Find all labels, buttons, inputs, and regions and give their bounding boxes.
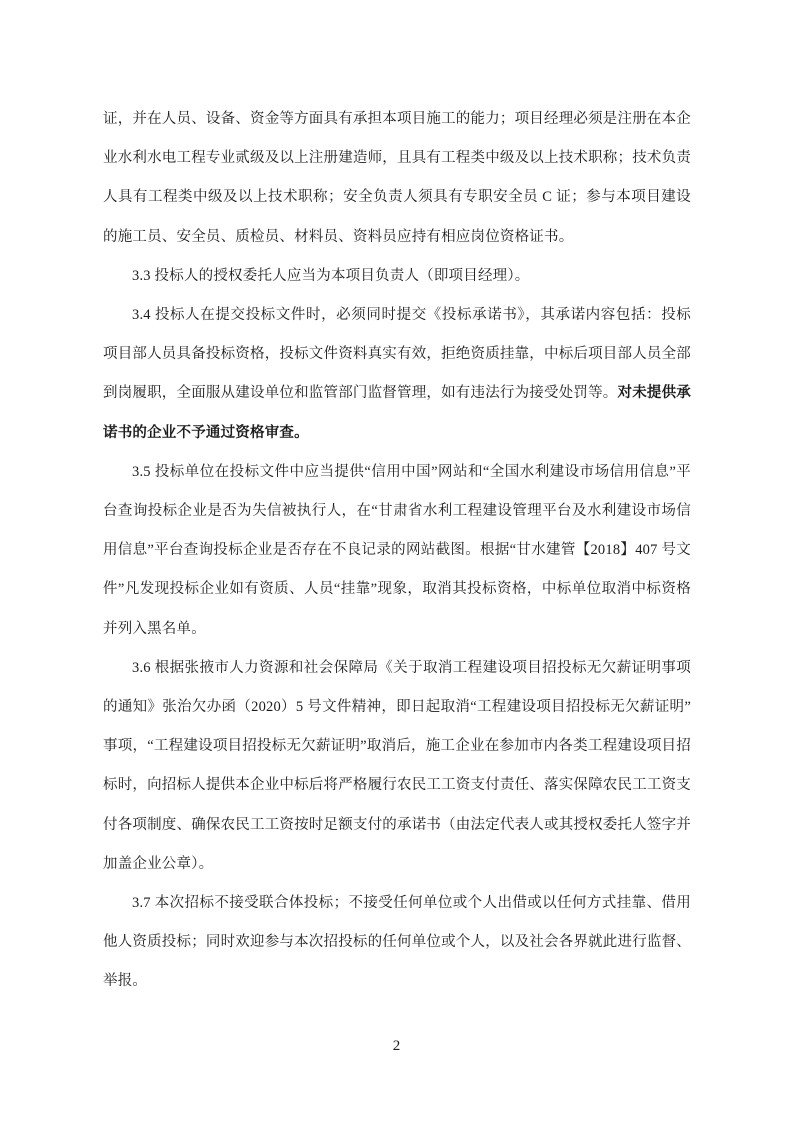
paragraph-clause-3-6: 3.6 根据张掖市人力资源和社会保障局《关于取消工程建设项目招投标无欠薪证明事项… — [103, 649, 691, 884]
paragraph-continuation: 证，并在人员、设备、资金等方面具有承担本项目施工的能力；项目经理必须是注册在本企… — [103, 100, 691, 257]
paragraph-text: 证，并在人员、设备、资金等方面具有承担本项目施工的能力；项目经理必须是注册在本企… — [103, 111, 691, 245]
paragraph-text: 3.3 投标人的授权委托人应当为本项目负责人（即项目经理）。 — [132, 268, 530, 284]
paragraph-clause-3-4: 3.4 投标人在提交投标文件时，必须同时提交《投标承诺书》，其承诺内容包括：投标… — [103, 296, 691, 453]
paragraph-clause-3-7: 3.7 本次招标不接受联合体投标；不接受任何单位或个人出借或以任何方式挂靠、借用… — [103, 884, 691, 1002]
paragraph-clause-3-5: 3.5 投标单位在投标文件中应当提供“信用中国”网站和“全国水利建设市场信用信息… — [103, 453, 691, 649]
paragraph-text: 3.7 本次招标不接受联合体投标；不接受任何单位或个人出借或以任何方式挂靠、借用… — [103, 895, 691, 989]
paragraph-clause-3-3: 3.3 投标人的授权委托人应当为本项目负责人（即项目经理）。 — [103, 257, 691, 296]
paragraph-text: 3.5 投标单位在投标文件中应当提供“信用中国”网站和“全国水利建设市场信用信息… — [103, 464, 691, 637]
paragraph-text: 3.6 根据张掖市人力资源和社会保障局《关于取消工程建设项目招投标无欠薪证明事项… — [103, 660, 691, 872]
document-page: 证，并在人员、设备、资金等方面具有承担本项目施工的能力；项目经理必须是注册在本企… — [0, 0, 793, 1122]
paragraph-text: 3.4 投标人在提交投标文件时，必须同时提交《投标承诺书》，其承诺内容包括：投标… — [103, 307, 691, 401]
page-number: 2 — [0, 1035, 793, 1057]
document-body: 证，并在人员、设备、资金等方面具有承担本项目施工的能力；项目经理必须是注册在本企… — [103, 100, 691, 1002]
